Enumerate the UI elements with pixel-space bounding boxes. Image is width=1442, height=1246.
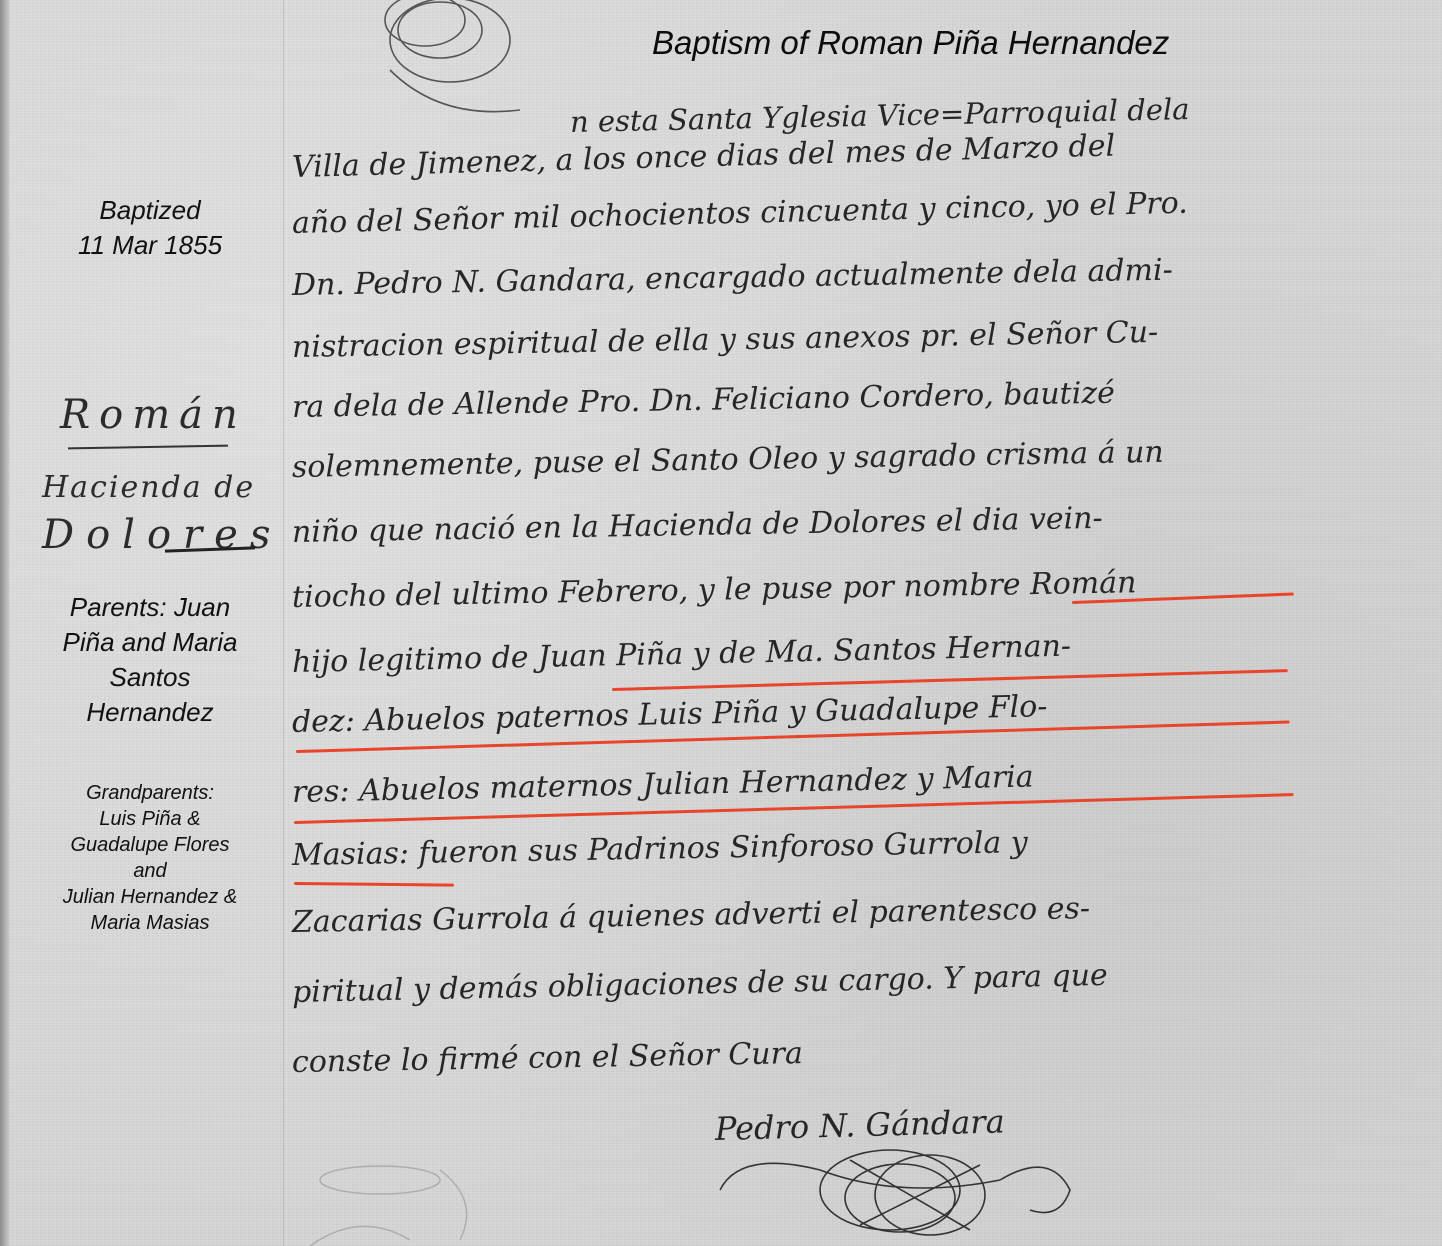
grandparents-line: and: [30, 858, 270, 884]
parents-line: Parents: Juan: [30, 590, 270, 625]
record-line: Zacarias Gurrola á quienes adverti el pa…: [292, 891, 1091, 940]
grandparents-line: Grandparents:: [30, 780, 270, 806]
grandparents-line: Maria Masias: [30, 910, 270, 936]
margin-place-line1: Hacienda de: [42, 470, 255, 505]
record-line: niño que nació en la Hacienda de Dolores…: [292, 501, 1103, 550]
record-line: año del Señor mil ochocientos cincuenta …: [292, 186, 1189, 241]
top-flourish-icon: [340, 0, 580, 150]
grandparents-line: Guadalupe Flores: [30, 832, 270, 858]
highlight-underline-parents: [612, 669, 1288, 691]
record-line: hijo legitimo de Juan Piña y de Ma. Sant…: [292, 629, 1072, 680]
record-line: res: Abuelos maternos Julian Hernandez y…: [292, 759, 1034, 810]
record-line: Villa de Jimenez, a los once dias del me…: [292, 128, 1116, 185]
baptized-note: Baptized 11 Mar 1855: [30, 193, 270, 263]
record-line: Masias: fueron sus Padrinos Sinforoso Gu…: [292, 825, 1028, 873]
margin-place-line2: Dolores: [42, 512, 282, 558]
grandparents-line: Luis Piña &: [30, 806, 270, 832]
parents-note: Parents: Juan Piña and Maria Santos Hern…: [30, 590, 270, 730]
grandparents-note: Grandparents: Luis Piña & Guadalupe Flor…: [30, 780, 270, 936]
signature-flourish-icon: [700, 1130, 1080, 1246]
record-line: nistracion espiritual de ella y sus anex…: [292, 315, 1159, 365]
document-title: Baptism of Roman Piña Hernandez: [652, 24, 1169, 62]
record-line: conste lo firmé con el Señor Cura: [292, 1036, 803, 1080]
record-line: ra dela de Allende Pro. Dn. Feliciano Co…: [292, 376, 1115, 425]
record-line: Dn. Pedro N. Gandara, encargado actualme…: [292, 253, 1173, 303]
baptized-label: Baptized: [30, 193, 270, 228]
highlight-underline-masias: [294, 882, 454, 887]
parents-line: Piña and Maria: [30, 625, 270, 660]
page-edge: [0, 0, 10, 1246]
record-line: tiocho del ultimo Febrero, y le puse por…: [292, 565, 1137, 615]
record-line: solemnemente, puse el Santo Oleo y sagra…: [292, 435, 1164, 485]
parents-line: Hernandez: [30, 695, 270, 730]
bleed-flourish-icon: [300, 1160, 600, 1246]
baptized-date: 11 Mar 1855: [30, 228, 270, 263]
parents-line: Santos: [30, 660, 270, 695]
grandparents-line: Julian Hernandez &: [30, 884, 270, 910]
record-line: piritual y demás obligaciones de su carg…: [292, 958, 1108, 1010]
margin-name-underline: [68, 445, 228, 450]
margin-name: Román: [60, 392, 247, 438]
signature: Pedro N. Gándara: [715, 1102, 1006, 1148]
margin-rule: [283, 0, 284, 1246]
